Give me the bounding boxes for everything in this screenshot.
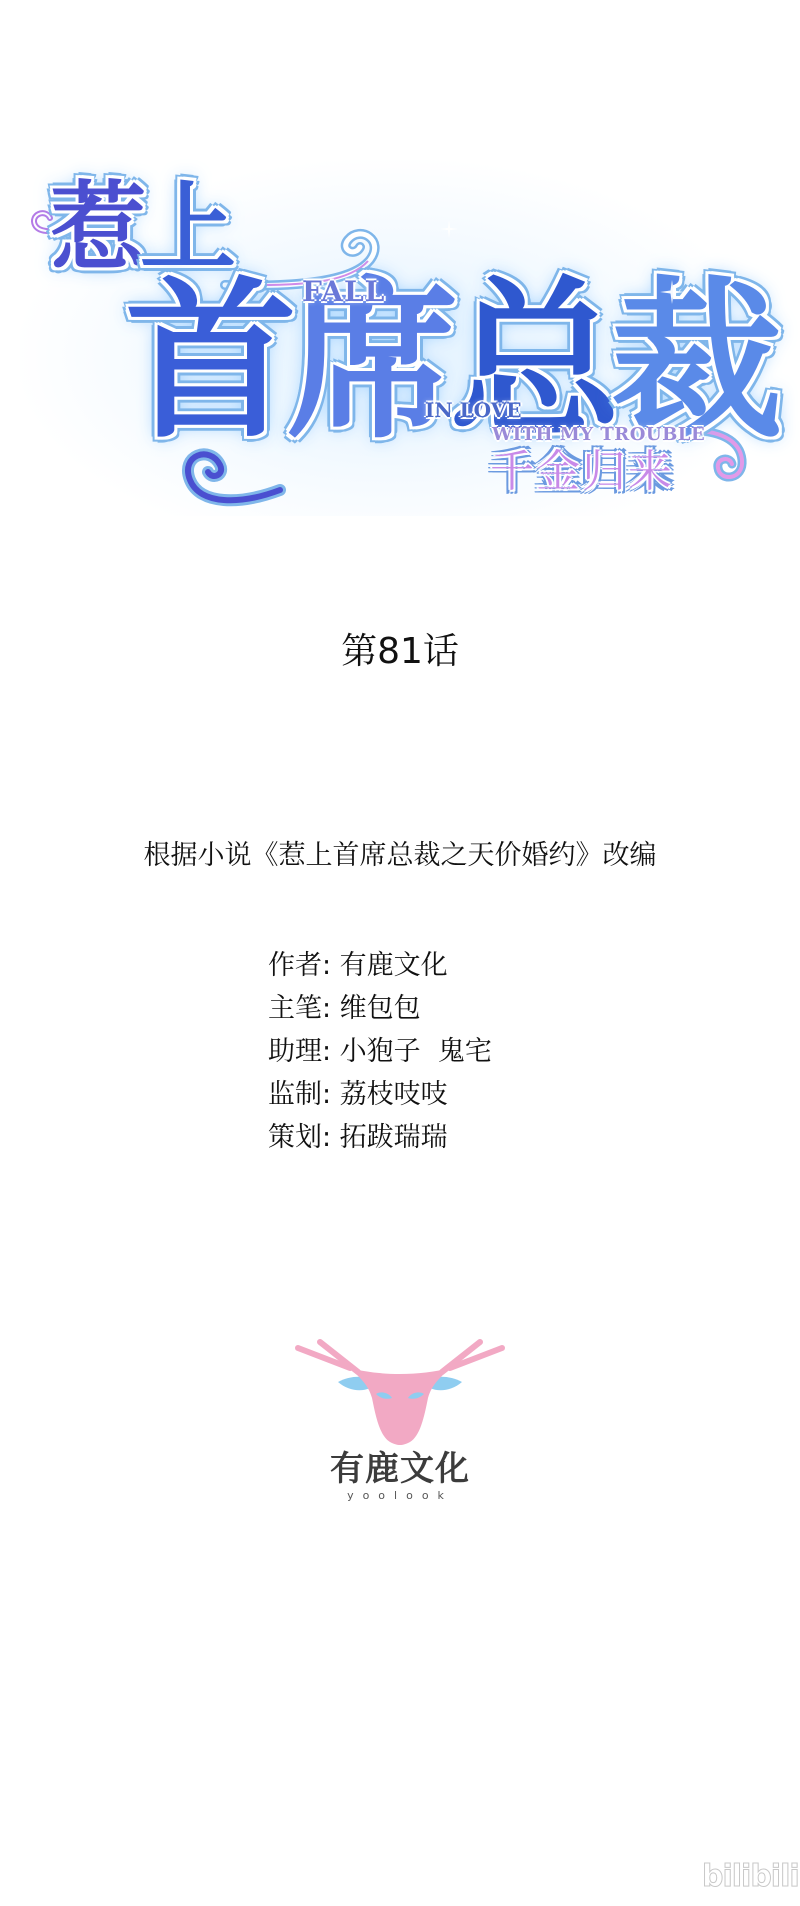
- comic-title-logo: 惹上 首席总裁 FALL IN LOVE WITH MY TROUBLE 千金归…: [20, 160, 760, 516]
- episode-number: 第81话: [0, 630, 800, 674]
- deer-head-icon: [290, 1338, 510, 1450]
- title-char: 首: [125, 259, 287, 462]
- adaptation-note: 根据小说《惹上首席总裁之天价婚约》改编: [0, 838, 800, 874]
- publisher-name: 有鹿文化: [290, 1450, 510, 1488]
- credit-lead-artist: 主笔: 维包包: [268, 991, 492, 1034]
- sparkle-icon: [660, 280, 684, 304]
- credit-assistants: 助理: 小狍子 鬼宅: [268, 1034, 492, 1077]
- credit-planner: 策划: 拓跋瑞瑞: [268, 1120, 492, 1163]
- publisher-name-en: yoolook: [290, 1490, 510, 1502]
- title-en-fall: FALL: [302, 278, 385, 306]
- credit-supervisor: 监制: 荔枝吱吱: [268, 1077, 492, 1120]
- title-en-with-my-trouble: WITH MY TROUBLE: [492, 426, 705, 444]
- publisher-logo: 有鹿文化 yoolook: [290, 1338, 510, 1518]
- bilibili-logo-icon: bilibili: [702, 1860, 799, 1894]
- title-subtitle: 千金归来: [490, 450, 674, 494]
- title-en-in-love: IN LOVE: [425, 400, 522, 420]
- credit-author: 作者: 有鹿文化: [268, 948, 492, 991]
- sparkle-icon: [440, 220, 458, 238]
- credits-list: 作者: 有鹿文化 主笔: 维包包 助理: 小狍子 鬼宅 监制: 荔枝吱吱 策划:…: [268, 948, 492, 1163]
